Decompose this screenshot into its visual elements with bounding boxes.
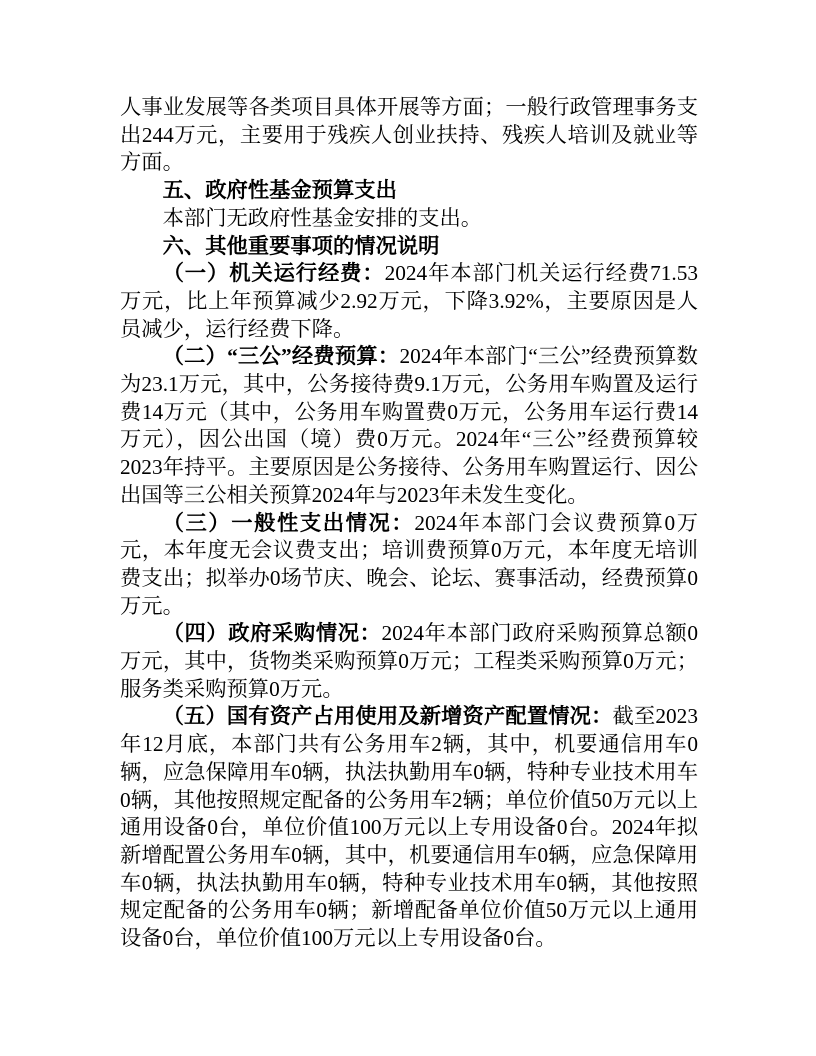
item-one-label: （一）机关运行经费： <box>163 261 385 285</box>
item-five-label: （五）国有资产占用使用及新增资产配置情况： <box>163 704 613 728</box>
item-two-label: （二）“三公”经费预算： <box>163 344 400 368</box>
section-heading-five: 五、政府性基金预算支出 <box>120 177 698 205</box>
item-five-text: 截至2023年12月底，本部门共有公务用车2辆，其中，机要通信用车0辆，应急保障… <box>120 704 698 950</box>
document-page: 人事业发展等各类项目具体开展等方面；一般行政管理事务支出244万元，主要用于残疾… <box>0 0 816 1056</box>
item-two-text: 2024年本部门“三公”经费预算数为23.1万元，其中，公务接待费9.1万元，公… <box>120 344 698 507</box>
paragraph-item-four: （四）政府采购情况：2024年本部门政府采购预算总额0万元，其中，货物类采购预算… <box>120 620 698 703</box>
section-heading-six: 六、其他重要事项的情况说明 <box>120 233 698 261</box>
paragraph-item-three: （三）一般性支出情况：2024年本部门会议费预算0万元，本年度无会议费支出；培训… <box>120 510 698 621</box>
paragraph-item-one: （一）机关运行经费：2024年本部门机关运行经费71.53万元，比上年预算减少2… <box>120 260 698 343</box>
paragraph-gov-fund-expenditure: 本部门无政府性基金安排的支出。 <box>120 205 698 233</box>
item-three-label: （三）一般性支出情况： <box>163 511 415 535</box>
paragraph-item-two: （二）“三公”经费预算：2024年本部门“三公”经费预算数为23.1万元，其中，… <box>120 343 698 509</box>
item-four-label: （四）政府采购情况： <box>163 621 382 645</box>
paragraph-item-five: （五）国有资产占用使用及新增资产配置情况：截至2023年12月底，本部门共有公务… <box>120 703 698 952</box>
paragraph-continuation: 人事业发展等各类项目具体开展等方面；一般行政管理事务支出244万元，主要用于残疾… <box>120 94 698 177</box>
